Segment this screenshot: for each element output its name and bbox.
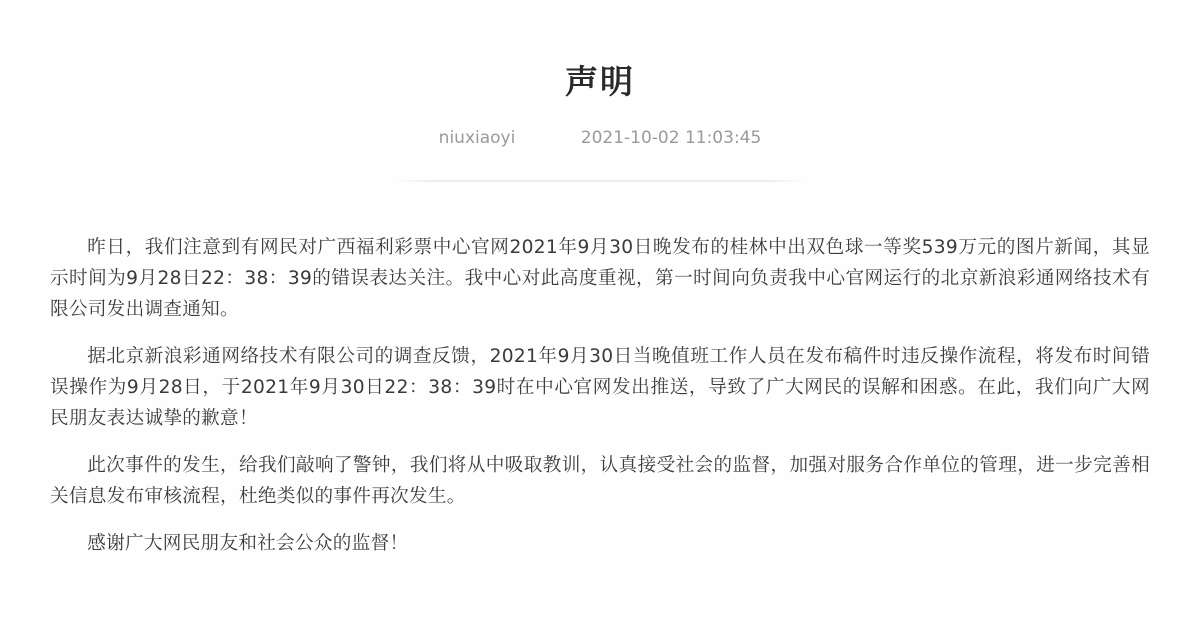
article-paragraph: 据北京新浪彩通网络技术有限公司的调查反馈，2021年9月30日当晚值班工作人员在… [50, 341, 1150, 434]
article-paragraph: 此次事件的发生，给我们敲响了警钟，我们将从中吸取教训，认真接受社会的监督，加强对… [50, 450, 1150, 512]
article-title: 声明 [0, 58, 1200, 106]
article-paragraph: 昨日，我们注意到有网民对广西福利彩票中心官网2021年9月30日晚发布的桂林中出… [50, 232, 1150, 325]
publish-timestamp: 2021-10-02 11:03:45 [581, 124, 762, 152]
article-paragraph: 感谢广大网民朋友和社会公众的监督！ [50, 528, 1150, 559]
header-divider [395, 180, 805, 182]
article-body: 昨日，我们注意到有网民对广西福利彩票中心官网2021年9月30日晚发布的桂林中出… [50, 232, 1150, 575]
article-meta: niuxiaoyi 2021-10-02 11:03:45 [0, 124, 1200, 152]
author-name: niuxiaoyi [439, 124, 516, 152]
